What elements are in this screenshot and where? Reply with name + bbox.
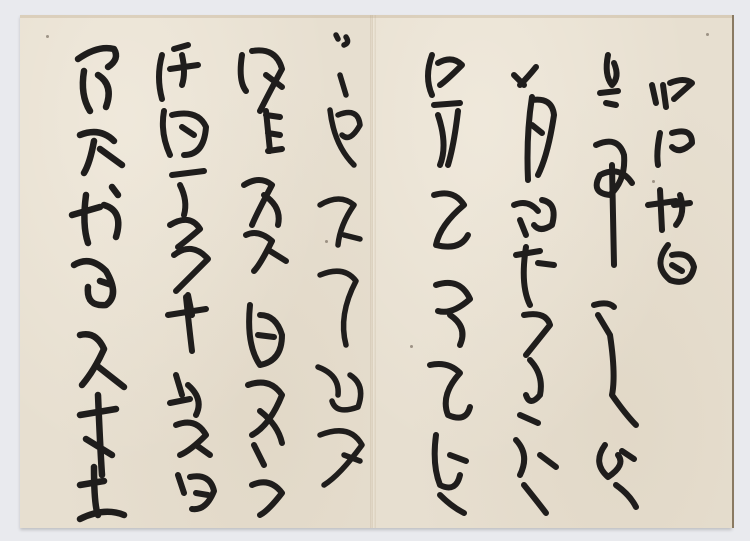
- right-column-1-strokes: [648, 80, 694, 282]
- calligraphy-strokes: [20, 15, 732, 528]
- left-column-4-strokes: [72, 48, 124, 519]
- open-book: 以泥植肅 皇帝六載鍾言 八月初旬孫子孫經 還黃花為紫雲經 出遠處嶺野西 曉白飛翔…: [20, 15, 732, 528]
- right-column-2-strokes: [594, 55, 636, 507]
- right-column-3-strokes: [514, 67, 556, 513]
- left-column-3-strokes: [159, 45, 214, 509]
- left-column-2-strokes: [241, 50, 286, 515]
- left-column-1-strokes: [318, 35, 362, 485]
- right-column-4-strokes: [428, 55, 470, 513]
